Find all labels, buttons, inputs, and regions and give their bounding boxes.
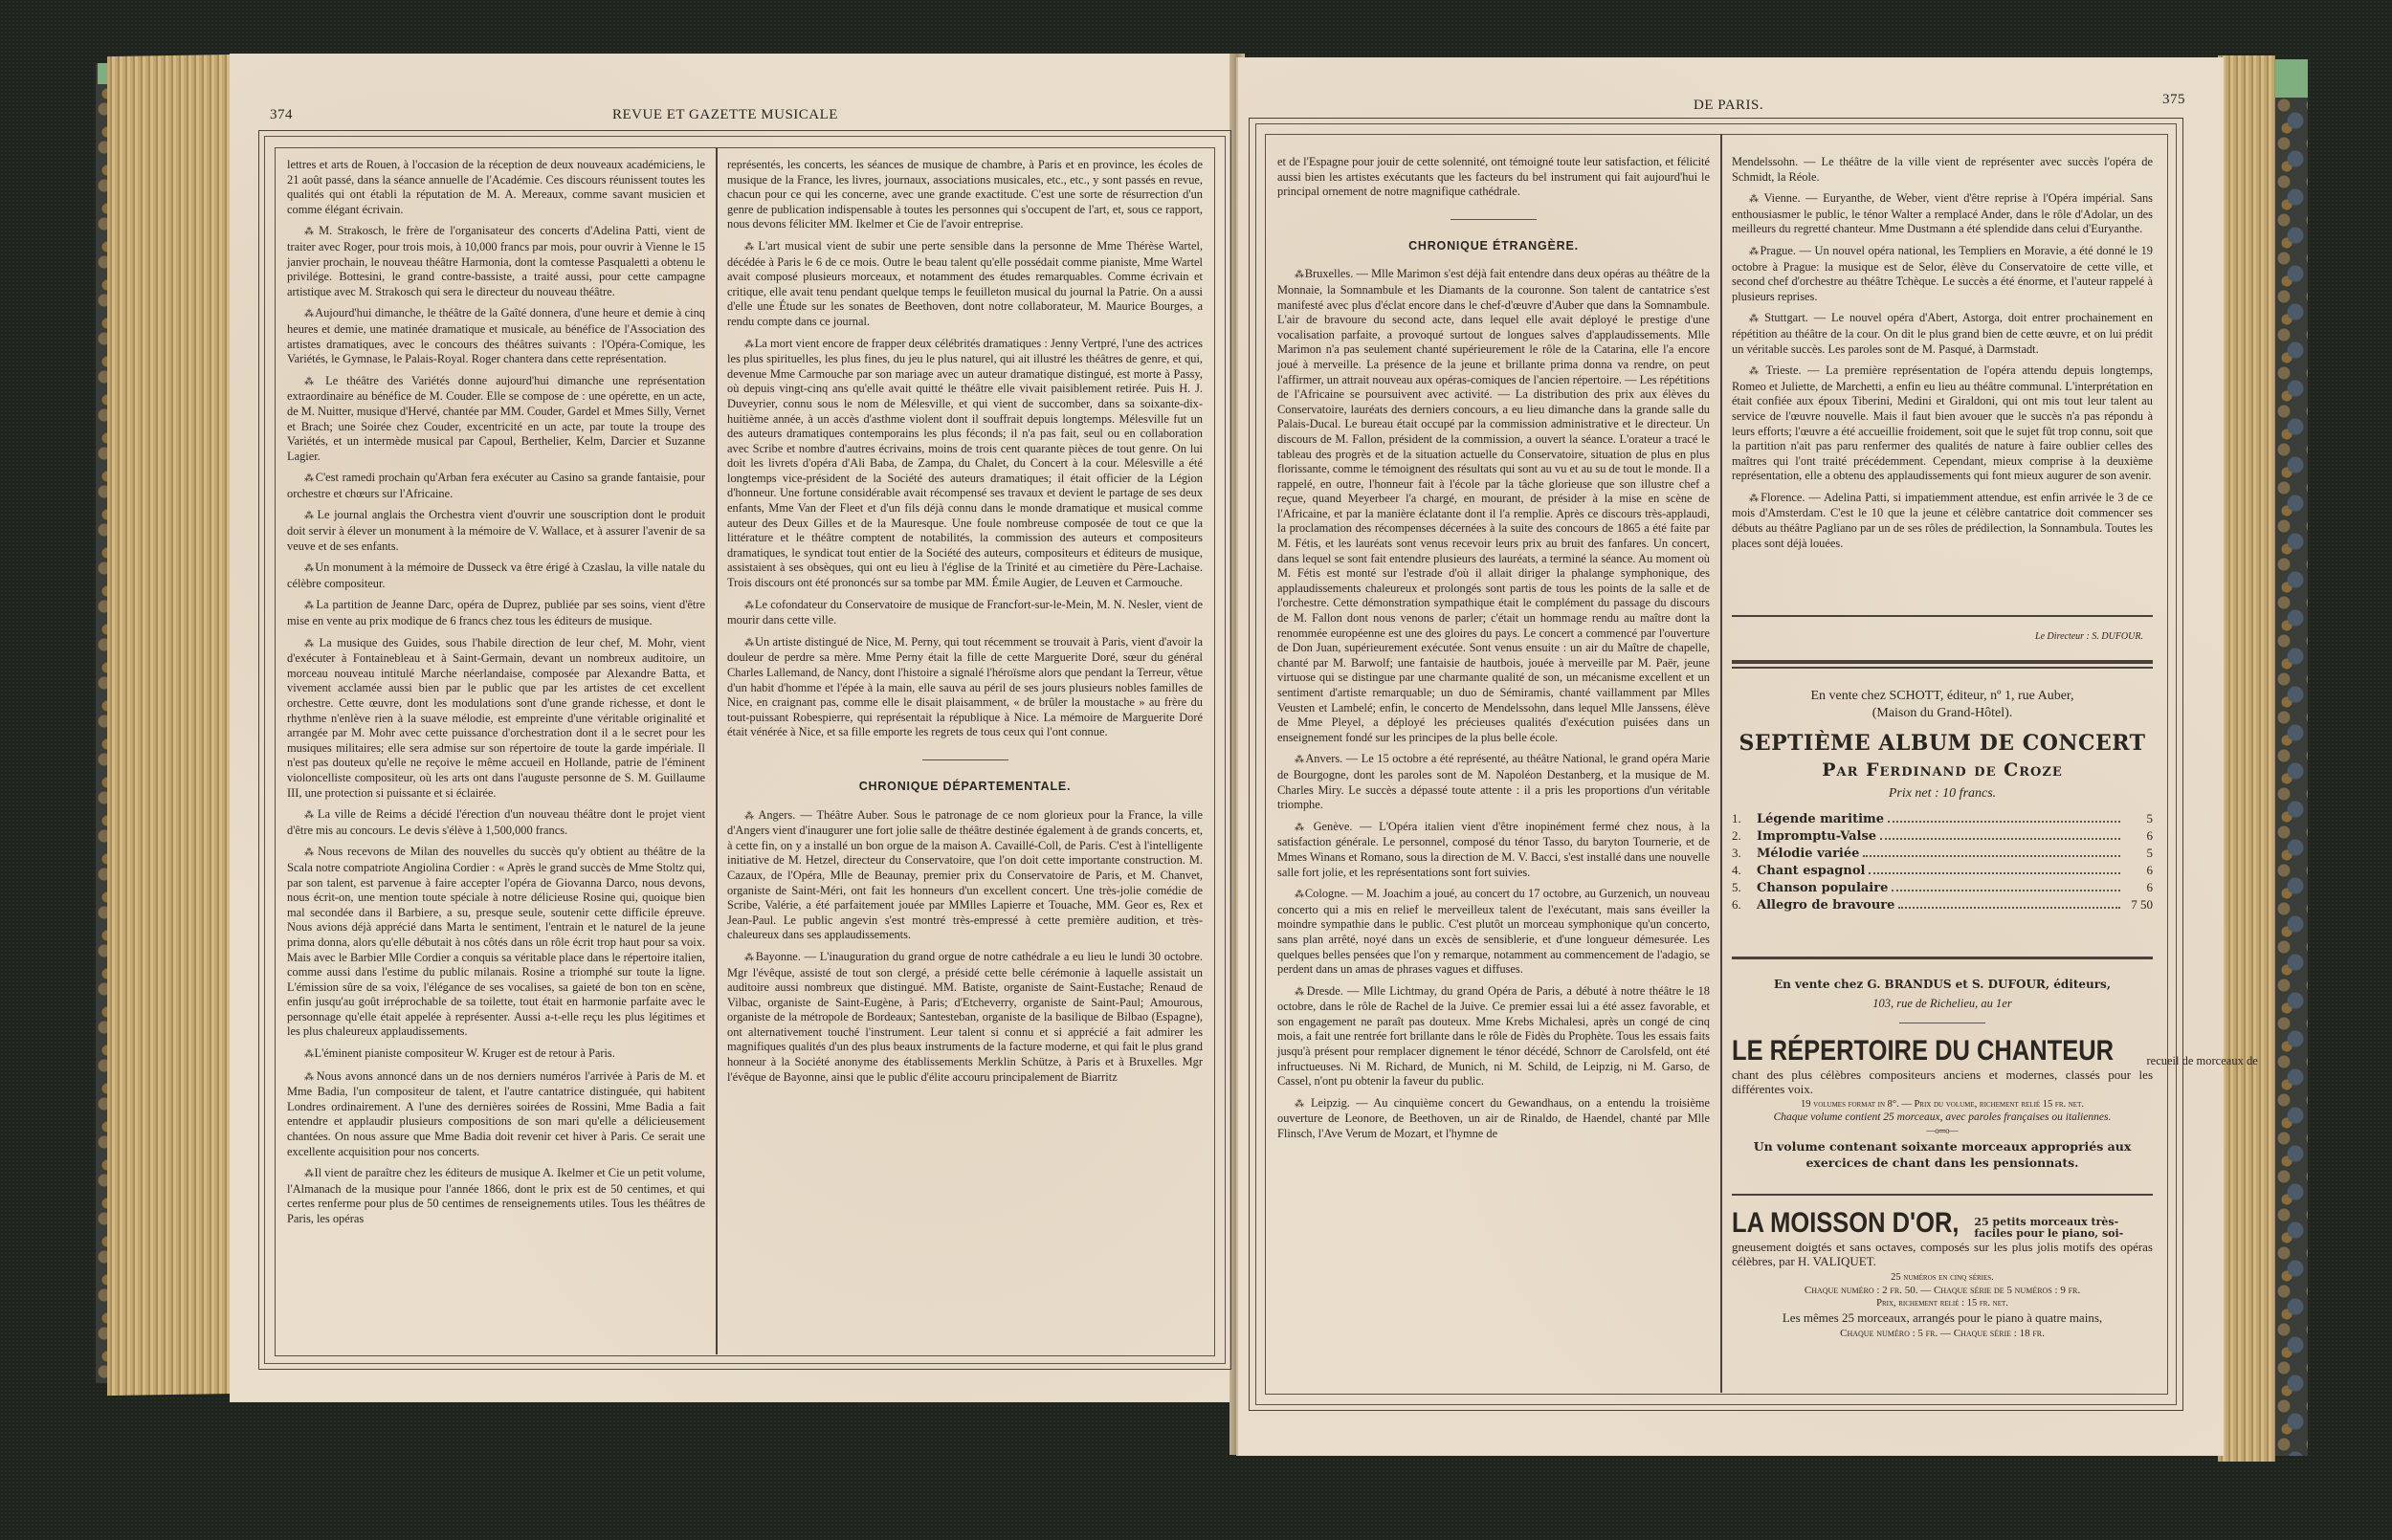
track-number: 6. <box>1732 897 1757 913</box>
asterism-icon: ⁂ <box>744 242 758 253</box>
book-cover-right <box>2275 59 2308 1456</box>
brandus-publishers: En vente chez G. BRANDUS et S. DUFOUR, é… <box>1732 978 2153 991</box>
asterism-icon: ⁂ <box>304 511 317 521</box>
asterism-icon: ⁂ <box>744 340 755 350</box>
dot-leader <box>1869 872 2120 874</box>
page-edges-right <box>2218 55 2275 1462</box>
right-page-column-2: Mendelssohn. — Le théâtre de la ville vi… <box>1732 155 2153 558</box>
article-paragraph: ⁂ Bayonne. — L'inauguration du grand org… <box>727 950 1203 1085</box>
left-page-column-1: lettres et arts de Rouen, à l'occasion d… <box>287 158 705 1234</box>
album-track-row: 6.Allegro de bravoure7 50 <box>1732 897 2153 913</box>
article-paragraph: ⁂ La ville de Reims a décidé l'érection … <box>287 807 705 838</box>
repertoire-description: chant des plus célèbres compositeurs anc… <box>1732 1067 2153 1096</box>
section-divider <box>1451 219 1537 220</box>
article-paragraph: ⁂ C'est ramedi prochain qu'Arban fera ex… <box>287 471 705 501</box>
album-track-list: 1.Légende maritime52.Impromptu-Valse63.M… <box>1732 811 2153 913</box>
asterism-icon: ⁂ <box>1749 194 1763 205</box>
article-paragraph: et de l'Espagne pour jouir de cette sole… <box>1277 155 1710 200</box>
moisson-prices: Chaque numéro : 2 fr. 50. — Chaque série… <box>1732 1285 2153 1296</box>
article-paragraph: ⁂ Bruxelles. — Mlle Marimon s'est déjà f… <box>1277 267 1710 745</box>
asterism-icon: ⁂ <box>1295 987 1307 998</box>
track-title: Allegro de bravoure <box>1757 898 1894 913</box>
article-paragraph: ⁂ Cologne. — M. Joachim a joué, au conce… <box>1277 887 1710 978</box>
track-title: Chant espagnol <box>1757 864 1865 878</box>
article-paragraph: ⁂ La partition de Jeanne Darc, opéra de … <box>287 598 705 628</box>
moisson-bound-price: Prix, richement relié : 15 fr. net. <box>1732 1298 2153 1309</box>
double-rule-signature-2 <box>1732 667 2153 669</box>
asterism-icon: ⁂ <box>1295 270 1305 280</box>
album-track-row: 2.Impromptu-Valse6 <box>1732 828 2153 844</box>
article-paragraph: ⁂ L'éminent pianiste compositeur W. Krug… <box>287 1046 705 1063</box>
article-paragraph: ⁂ Angers. — Théâtre Auber. Sous le patro… <box>727 808 1203 943</box>
repertoire-title-tail: recueil de morceaux de <box>2146 1055 2232 1067</box>
track-number: 5. <box>1732 880 1757 895</box>
dot-leader <box>1880 838 2120 840</box>
track-price: 5 <box>2126 811 2153 826</box>
track-price: 6 <box>2126 828 2153 844</box>
short-divider <box>1899 1023 1985 1023</box>
asterism-icon: ⁂ <box>304 601 316 611</box>
asterism-icon: ⁂ <box>1295 890 1305 900</box>
repertoire-contents: Chaque volume contient 25 morceaux, avec… <box>1732 1111 2153 1123</box>
asterism-icon: ⁂ <box>304 847 318 858</box>
article-paragraph: ⁂ La mort vient encore de frapper deux c… <box>727 337 1203 591</box>
asterism-icon: ⁂ <box>1295 1099 1311 1110</box>
repertoire-volumes: 19 volumes format in 8°. — Prix du volum… <box>1732 1099 2153 1110</box>
track-title: Chanson populaire <box>1757 881 1888 895</box>
column-divider-left <box>716 147 718 1354</box>
asterism-icon: ⁂ <box>304 1072 317 1083</box>
article-paragraph: ⁂ Un artiste distingué de Nice, M. Perny… <box>727 635 1203 740</box>
column-divider-right <box>1720 134 1722 1393</box>
article-paragraph: ⁂ Genève. — L'Opéra italien vient d'être… <box>1277 820 1710 880</box>
track-price: 6 <box>2126 863 2153 878</box>
article-paragraph: ⁂ Trieste. — La première représentation … <box>1732 363 2153 484</box>
track-number: 2. <box>1732 828 1757 844</box>
album-track-row: 4.Chant espagnol6 <box>1732 863 2153 878</box>
article-paragraph: ⁂ Vienne. — Euryanthe, de Weber, vient d… <box>1732 191 2153 237</box>
moisson-series: 25 numéros en cinq séries. <box>1732 1272 2153 1283</box>
album-title: SEPTIÈME ALBUM DE CONCERT <box>1732 731 2153 756</box>
track-price: 5 <box>2126 846 2153 861</box>
article-paragraph: ⁂ Nous avons annoncé dans un de nos dern… <box>287 1069 705 1160</box>
track-title: Légende maritime <box>1757 812 1884 826</box>
rule-above-brandus <box>1732 957 2153 959</box>
album-track-row: 3.Mélodie variée5 <box>1732 846 2153 861</box>
asterism-icon: ⁂ <box>304 377 325 387</box>
track-title: Mélodie variée <box>1757 847 1859 861</box>
moisson-four-hands-prices: Chaque numéro : 5 fr. — Chaque série : 1… <box>1732 1328 2153 1339</box>
asterism-icon: ⁂ <box>1749 247 1760 257</box>
article-paragraph: ⁂ Leipzig. — Au cinquième concert du Gew… <box>1277 1096 1710 1142</box>
asterism-icon: ⁂ <box>304 1049 315 1060</box>
left-page-column-2: représentés, les concerts, les séances d… <box>727 158 1203 1091</box>
article-paragraph: ⁂ La musique des Guides, sous l'habile d… <box>287 636 705 802</box>
cover-corner-right <box>2275 59 2308 98</box>
asterism-icon: ⁂ <box>1295 755 1305 765</box>
double-rule-signature <box>1732 660 2153 664</box>
section-divider <box>922 759 1008 760</box>
right-page-column-1: et de l'Espagne pour jouir de cette sole… <box>1277 155 1710 1149</box>
article-paragraph: ⁂ Anvers. — Le 15 octobre a été représen… <box>1277 752 1710 812</box>
article-paragraph: ⁂ Le théâtre des Variétés donne aujourd'… <box>287 374 705 465</box>
asterism-icon: ⁂ <box>1749 314 1764 324</box>
asterism-icon: ⁂ <box>304 227 319 237</box>
track-price: 7 50 <box>2126 897 2153 913</box>
asterism-icon: ⁂ <box>304 309 315 319</box>
page-number-left: 374 <box>270 107 293 123</box>
article-paragraph: ⁂ Un monument à la mémoire de Dusseck va… <box>287 561 705 591</box>
section-title: CHRONIQUE ÉTRANGÈRE. <box>1277 239 1710 254</box>
dot-leader <box>1892 890 2120 891</box>
section-title: CHRONIQUE DÉPARTEMENTALE. <box>727 780 1203 795</box>
ornament-separator: —o═o— <box>1732 1126 2153 1135</box>
album-track-row: 5.Chanson populaire6 <box>1732 880 2153 895</box>
moisson-description: gneusement doigtés et sans octaves, comp… <box>1732 1240 2153 1268</box>
article-paragraph: ⁂ Dresde. — Mlle Lichtmay, du grand Opér… <box>1277 984 1710 1089</box>
asterism-icon: ⁂ <box>304 1169 315 1179</box>
dot-leader <box>1898 907 2120 909</box>
track-title: Impromptu-Valse <box>1757 829 1876 844</box>
schott-advertisement: En vente chez SCHOTT, éditeur, nº 1, rue… <box>1732 689 2153 914</box>
article-paragraph: ⁂ Aujourd'hui dimanche, le théâtre de la… <box>287 306 705 366</box>
moisson-title: LA MOISSON D'OR, <box>1732 1207 1959 1240</box>
article-paragraph: ⁂ Stuttgart. — Le nouvel opéra d'Abert, … <box>1732 311 2153 357</box>
track-price: 6 <box>2126 880 2153 895</box>
article-paragraph: ⁂ Le cofondateur du Conservatoire de mus… <box>727 598 1203 628</box>
moisson-title-tail: 25 petits morceaux très-faciles pour le … <box>1974 1217 2156 1240</box>
article-paragraph: ⁂ Nous recevons de Milan des nouvelles d… <box>287 845 705 1040</box>
article-paragraph: ⁂ L'art musical vient de subir une perte… <box>727 239 1203 330</box>
asterism-icon: ⁂ <box>744 811 758 822</box>
asterism-icon: ⁂ <box>304 639 320 649</box>
album-author: Par Ferdinand de Croze <box>1732 759 2153 781</box>
article-paragraph: ⁂ Le journal anglais the Orchestra vient… <box>287 508 705 554</box>
director-signature: Le Directeur : S. DUFOUR. <box>1732 631 2143 642</box>
brandus-advertisement: En vente chez G. BRANDUS et S. DUFOUR, é… <box>1732 978 2153 1171</box>
asterism-icon: ⁂ <box>744 601 755 611</box>
running-head-left: REVUE ET GAZETTE MUSICALE <box>612 107 838 123</box>
asterism-icon: ⁂ <box>304 473 316 484</box>
brandus-address: 103, rue de Richelieu, au 1er <box>1732 997 2153 1011</box>
asterism-icon: ⁂ <box>304 563 315 574</box>
article-paragraph: ⁂ Il vient de paraître chez les éditeurs… <box>287 1166 705 1226</box>
running-head-right: DE PARIS. <box>1694 98 1763 114</box>
track-number: 1. <box>1732 811 1757 826</box>
asterism-icon: ⁂ <box>1749 366 1766 377</box>
track-number: 3. <box>1732 846 1757 861</box>
rule-above-moisson <box>1732 1194 2153 1196</box>
dot-leader <box>1888 821 2120 823</box>
article-paragraph: ⁂ Florence. — Adelina Patti, si impatiem… <box>1732 491 2153 551</box>
article-paragraph: Mendelssohn. — Le théâtre de la ville vi… <box>1732 155 2153 185</box>
asterism-icon: ⁂ <box>744 953 756 963</box>
moisson-four-hands: Les mêmes 25 morceaux, arrangés pour le … <box>1732 1310 2153 1326</box>
album-price: Prix net : 10 francs. <box>1732 786 2153 802</box>
asterism-icon: ⁂ <box>1749 494 1761 504</box>
rule-above-signature <box>1732 615 2153 617</box>
asterism-icon: ⁂ <box>744 638 755 649</box>
moisson-advertisement: LA MOISSON D'OR, 25 petits morceaux très… <box>1732 1207 2153 1339</box>
article-paragraph: lettres et arts de Rouen, à l'occasion d… <box>287 158 705 217</box>
article-paragraph: ⁂ M. Strakosch, le frère de l'organisate… <box>287 224 705 299</box>
page-number-right: 375 <box>2162 92 2185 108</box>
article-paragraph: ⁂ Prague. — Un nouvel opéra national, le… <box>1732 244 2153 304</box>
repertoire-closing: Un volume contenant soixante morceaux ap… <box>1732 1138 2153 1171</box>
asterism-icon: ⁂ <box>304 810 318 821</box>
schott-address: En vente chez SCHOTT, éditeur, nº 1, rue… <box>1732 689 2153 704</box>
dot-leader <box>1863 855 2120 857</box>
asterism-icon: ⁂ <box>1295 823 1314 833</box>
repertoire-title: LE RÉPERTOIRE DU CHANTEUR <box>1732 1035 2114 1067</box>
album-track-row: 1.Légende maritime5 <box>1732 811 2153 826</box>
schott-location: (Maison du Grand-Hôtel). <box>1732 706 2153 721</box>
page-edges-left <box>107 55 236 1396</box>
track-number: 4. <box>1732 863 1757 878</box>
article-paragraph: représentés, les concerts, les séances d… <box>727 158 1203 232</box>
